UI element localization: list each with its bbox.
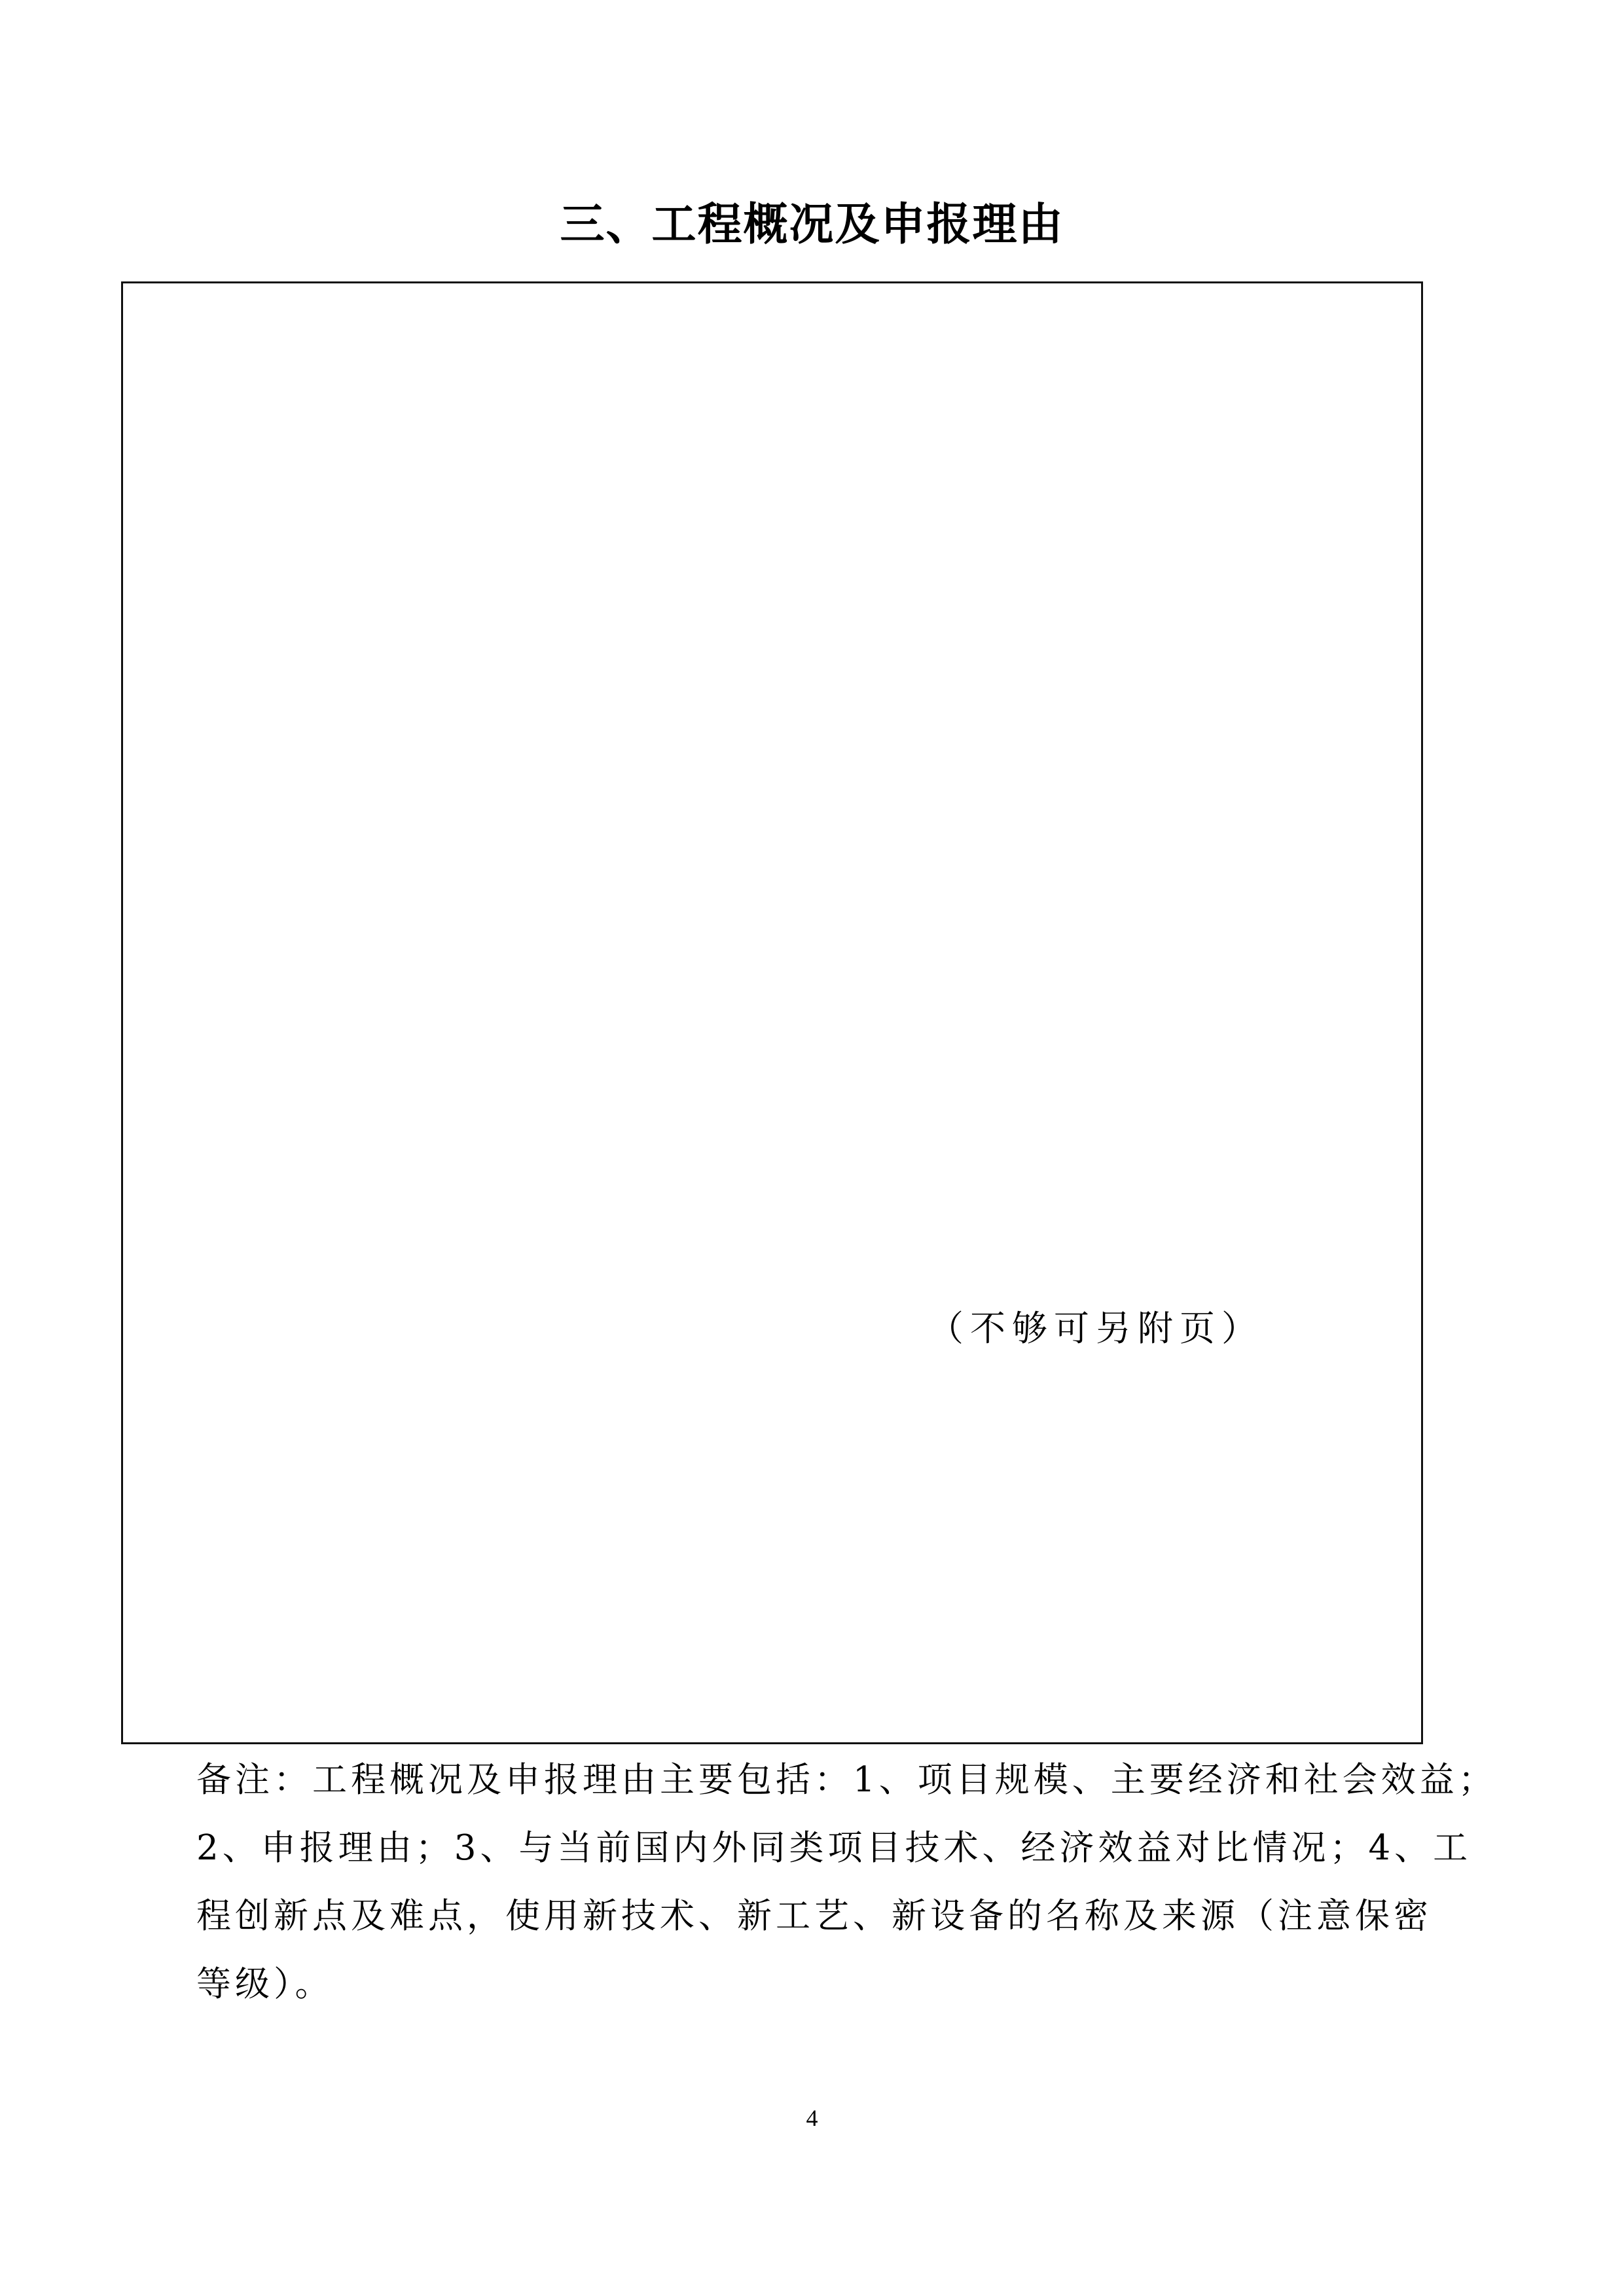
attach-extra-pages-note: （不够可另附页） [928,1302,1263,1355]
remarks-paragraph: 备注：工程概况及申报理由主要包括：1、项目规模、主要经济和社会效益； 2、申报理… [196,1746,1427,2018]
remarks-line: 2、申报理由；3、与当前国内外同类项目技术、经济效益对比情况；4、工 [196,1814,1427,1882]
project-overview-input-box[interactable] [121,281,1423,1744]
remarks-line: 程创新点及难点，使用新技术、新工艺、新设备的名称及来源（注意保密 [196,1882,1427,1950]
page-number: 4 [0,2102,1624,2134]
section-title: 三、工程概况及申报理由 [0,194,1624,257]
remarks-line: 等级）。 [196,1950,1427,2018]
remarks-line: 备注：工程概况及申报理由主要包括：1、项目规模、主要经济和社会效益； [196,1746,1427,1814]
